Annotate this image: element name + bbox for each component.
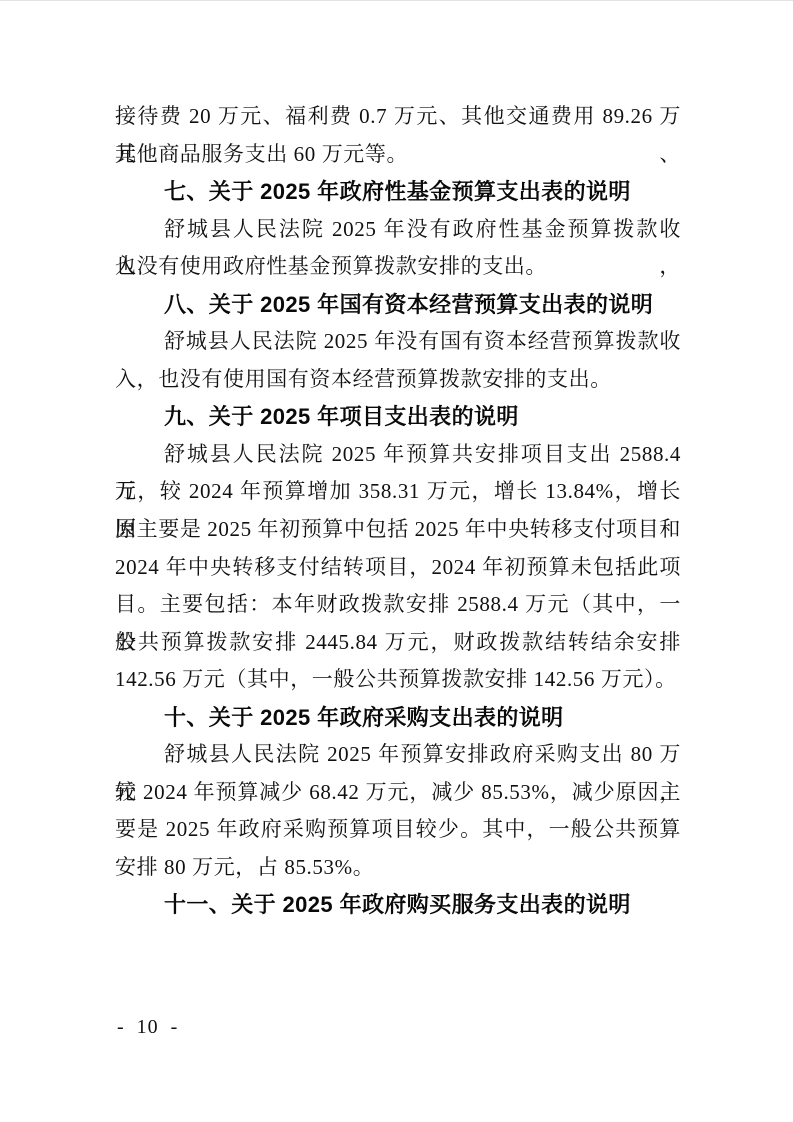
section-heading: 七、关于 2025 年政府性基金预算支出表的说明 [115, 173, 681, 211]
document-body: 接待费 20 万元、福利费 0.7 万元、其他交通费用 89.26 万元、其他商… [115, 98, 681, 924]
body-text-line: 公共预算拨款安排 2445.84 万元，财政拨款结转结余安排 [115, 624, 681, 662]
body-text-line: 舒城县人民法院 2025 年没有国有资本经营预算拨款收 [115, 323, 681, 361]
section-heading: 九、关于 2025 年项目支出表的说明 [115, 398, 681, 436]
body-text-line: 要是 2025 年政府采购预算项目较少。其中，一般公共预算 [115, 811, 681, 849]
section-heading: 八、关于 2025 年国有资本经营预算支出表的说明 [115, 286, 681, 324]
body-text-line: 较 2024 年预算减少 68.42 万元，减少 85.53%，减少原因主 [115, 774, 681, 812]
page-number: - 10 - [117, 1014, 178, 1040]
document-page: { "page": { "background": "#ffffff", "te… [0, 0, 793, 1122]
body-text-line: 入，也没有使用国有资本经营预算拨款安排的支出。 [115, 361, 681, 399]
body-text-line: 安排 80 万元，占 85.53%。 [115, 849, 681, 887]
section-heading: 十、关于 2025 年政府采购支出表的说明 [115, 699, 681, 737]
page-top-edge [0, 0, 793, 1]
body-text-line: 2024 年中央转移支付结转项目，2024 年初预算未包括此项 [115, 549, 681, 587]
body-text-line: 接待费 20 万元、福利费 0.7 万元、其他交通费用 89.26 万元、 [115, 98, 681, 136]
body-text-line: 目。主要包括：本年财政拨款安排 2588.4 万元（其中，一般 [115, 586, 681, 624]
section-heading: 十一、关于 2025 年政府购买服务支出表的说明 [115, 886, 681, 924]
body-text-line: 舒城县人民法院 2025 年预算共安排项目支出 2588.4 万 [115, 436, 681, 474]
body-text-line: 舒城县人民法院 2025 年没有政府性基金预算拨款收入， [115, 211, 681, 249]
body-text-line: 因主要是 2025 年初预算中包括 2025 年中央转移支付项目和 [115, 511, 681, 549]
body-text-line: 142.56 万元（其中，一般公共预算拨款安排 142.56 万元）。 [115, 661, 681, 699]
body-text-line: 元，较 2024 年预算增加 358.31 万元，增长 13.84%，增长原 [115, 473, 681, 511]
body-text-line: 舒城县人民法院 2025 年预算安排政府采购支出 80 万元， [115, 736, 681, 774]
